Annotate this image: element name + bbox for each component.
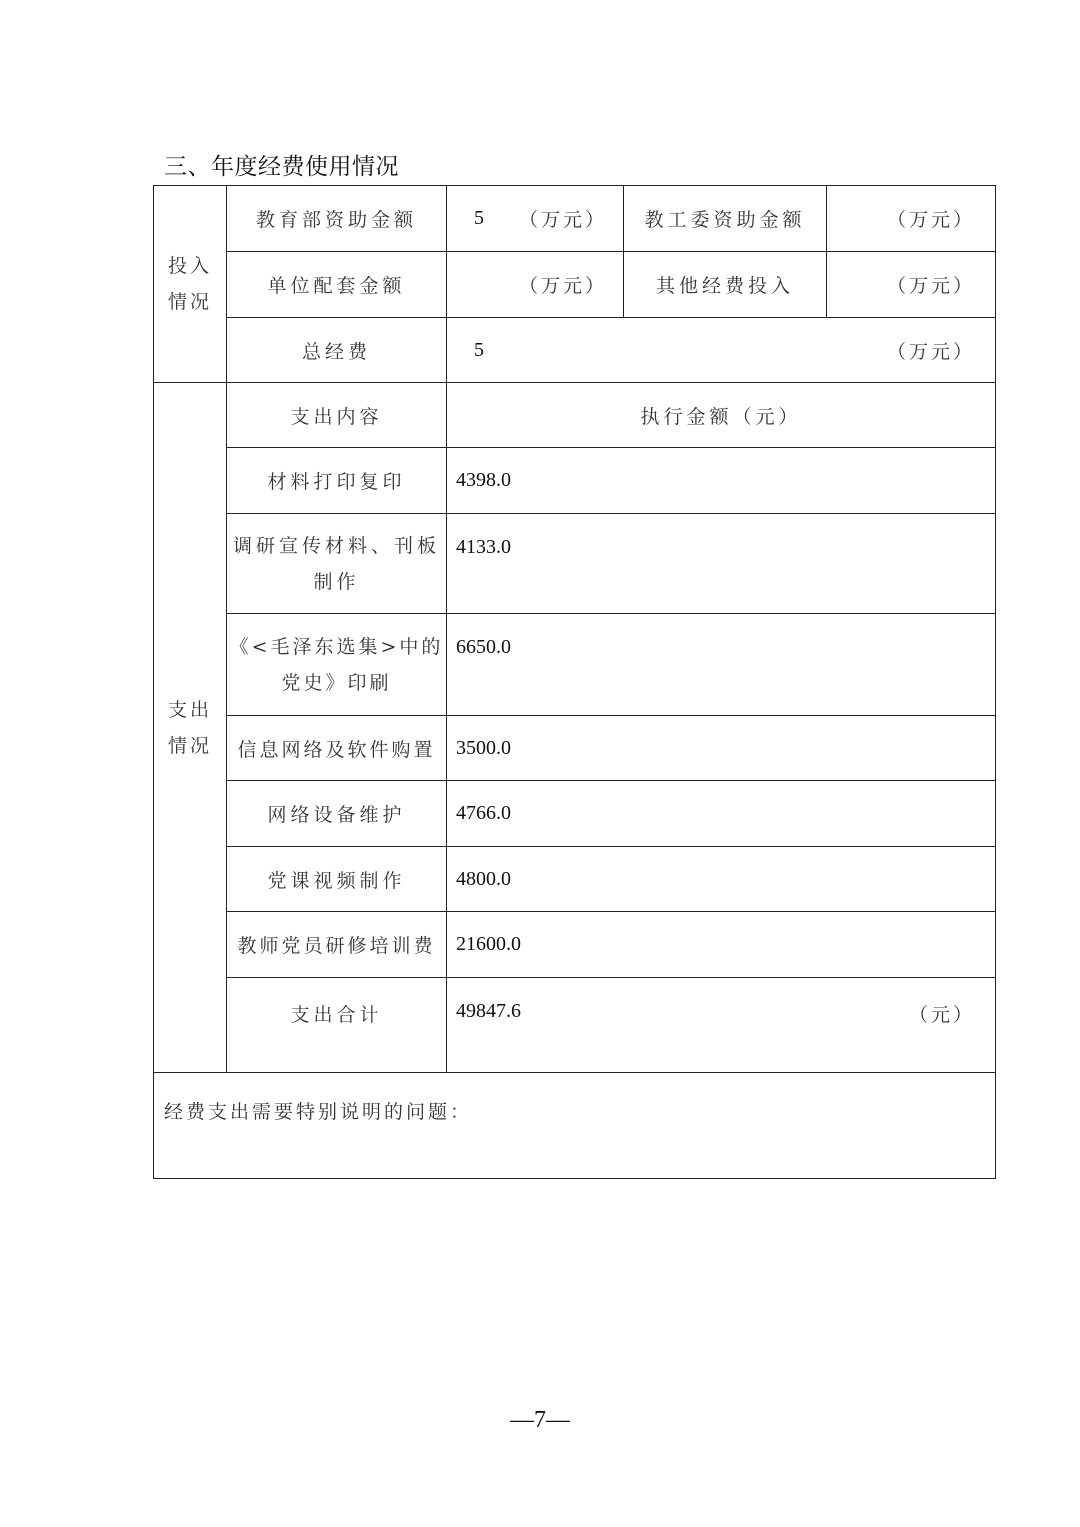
label-line: 制作 (313, 564, 359, 600)
section-title: 三、年度经费使用情况 (164, 148, 399, 181)
unit-label: （万元） (519, 205, 607, 232)
expense-total-value: 49847.6 (456, 1000, 521, 1023)
group-label-line: 情况 (168, 284, 212, 320)
expense-item-label: 教师党员研修培训费 (226, 911, 447, 978)
header-expense-content: 支出内容 (226, 382, 447, 448)
unit-label: （万元） (887, 271, 975, 298)
label-line: 《<毛泽东选集>中的 (230, 629, 444, 665)
education-committee-funding-field[interactable]: （万元） (826, 185, 996, 252)
moe-funding-value: 5 (474, 207, 484, 230)
expense-item-label: 调研宣传材料、刊板 制作 (226, 513, 447, 614)
special-notes-label: 经费支出需要特别说明的问题： (164, 1097, 472, 1124)
expense-item-label: 网络设备维护 (226, 780, 447, 847)
unit-label: （万元） (887, 205, 975, 232)
unit-label: （万元） (887, 337, 975, 364)
expense-group-label: 支出 情况 (153, 382, 227, 1073)
expense-item-label: 《<毛泽东选集>中的 党史》印刷 (226, 613, 447, 716)
page-number: —7— (0, 1407, 1080, 1434)
budget-table: 投入 情况 教育部资助金额 5 （万元） 教工委资助金额 （万元） 单位配套金额… (153, 185, 996, 1179)
label-text: 支出合计 (290, 1000, 382, 1027)
expense-item-amount-field[interactable]: 4398.0 (446, 447, 996, 514)
label-line: 调研宣传材料、刊板 (233, 528, 440, 564)
group-label-line: 投入 (168, 248, 212, 284)
expense-item-label: 信息网络及软件购置 (226, 715, 447, 781)
label-line: 党史》印刷 (281, 665, 391, 701)
expense-item-amount-field[interactable]: 4800.0 (446, 846, 996, 912)
label-total-funding: 总经费 (226, 317, 447, 383)
group-label-line: 支出 (168, 692, 212, 728)
expense-item-amount: 3500.0 (456, 737, 511, 760)
label-expense-total: 支出合计 (226, 977, 447, 1073)
expense-item-amount: 6650.0 (456, 636, 511, 659)
expense-item-amount-field[interactable]: 6650.0 (446, 613, 996, 716)
input-group-label: 投入 情况 (153, 185, 227, 383)
header-execution-amount: 执行金额（元） (446, 382, 996, 448)
expense-item-label: 材料打印复印 (226, 447, 447, 514)
unit-label: （万元） (519, 271, 607, 298)
expense-item-amount: 4398.0 (456, 469, 511, 492)
expense-item-amount: 4133.0 (456, 536, 511, 559)
moe-funding-field[interactable]: 5 （万元） (446, 185, 624, 252)
label-moe-funding: 教育部资助金额 (226, 185, 447, 252)
expense-item-amount-field[interactable]: 4133.0 (446, 513, 996, 614)
unit-matching-field[interactable]: （万元） (446, 251, 624, 318)
expense-item-amount-field[interactable]: 4766.0 (446, 780, 996, 847)
expense-item-amount: 21600.0 (456, 933, 521, 956)
other-funding-field[interactable]: （万元） (826, 251, 996, 318)
group-label-line: 情况 (168, 728, 212, 764)
expense-item-label: 党课视频制作 (226, 846, 447, 912)
expense-total-field[interactable]: 49847.6 （元） (446, 977, 996, 1073)
unit-label: （元） (909, 1000, 975, 1027)
total-funding-value: 5 (474, 339, 484, 362)
special-notes-field[interactable]: 经费支出需要特别说明的问题： (153, 1072, 996, 1179)
total-funding-field[interactable]: 5 （万元） (446, 317, 996, 383)
label-other-funding: 其他经费投入 (623, 251, 827, 318)
label-education-committee-funding: 教工委资助金额 (623, 185, 827, 252)
label-unit-matching: 单位配套金额 (226, 251, 447, 318)
expense-item-amount: 4766.0 (456, 802, 511, 825)
expense-item-amount: 4800.0 (456, 868, 511, 891)
expense-item-amount-field[interactable]: 3500.0 (446, 715, 996, 781)
expense-item-amount-field[interactable]: 21600.0 (446, 911, 996, 978)
